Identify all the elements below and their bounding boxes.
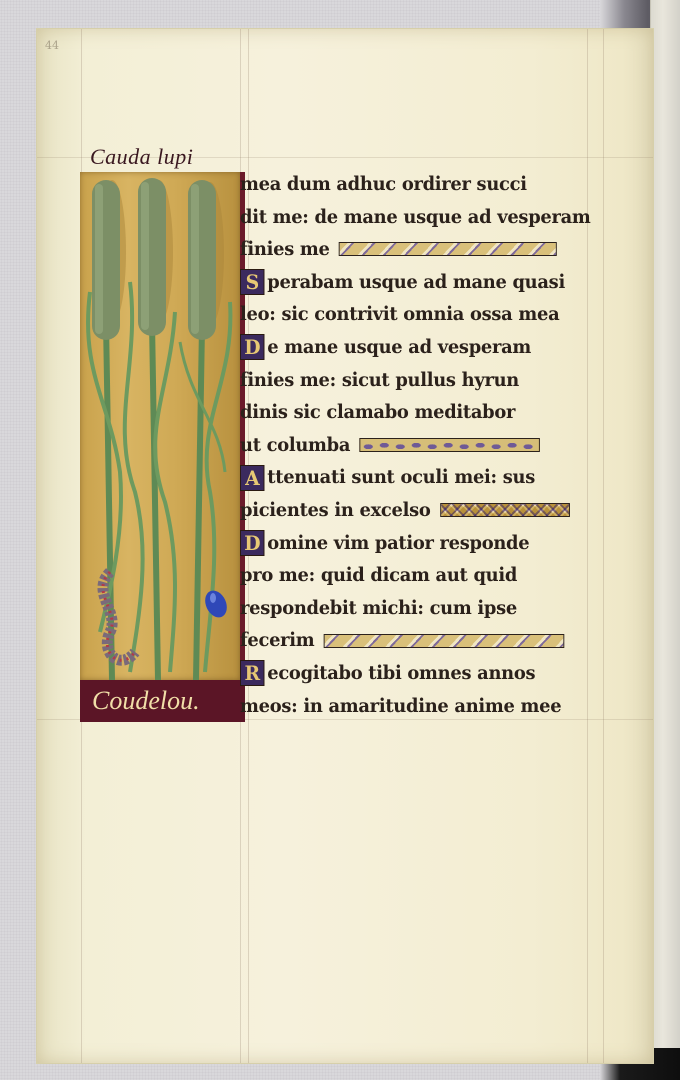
- text-line: pro me: quid dicam aut quid: [240, 559, 578, 592]
- text-column: mea dum adhuc ordirer succi dit me: de m…: [240, 168, 600, 722]
- line-text: picientes in excelso: [240, 494, 431, 527]
- decorated-initial: [240, 465, 264, 491]
- decorated-initial: [240, 269, 264, 295]
- line-text: respondebit michi: cum ipse: [240, 592, 517, 625]
- text-line: dit me: de mane usque ad vesperam: [240, 201, 578, 234]
- text-line: perabam usque ad mane quasi: [240, 266, 578, 299]
- botanical-miniature: [80, 172, 245, 680]
- line-text: leo: sic contrivit omnia ossa mea: [240, 298, 559, 331]
- text-line: leo: sic contrivit omnia ossa mea: [240, 298, 578, 331]
- line-text: fecerim: [240, 624, 314, 657]
- line-text: ecogitabo tibi omnes annos: [267, 657, 535, 690]
- line-filler-vine: [360, 438, 540, 452]
- text-line: ecogitabo tibi omnes annos: [240, 657, 578, 690]
- decorated-initial: [240, 334, 264, 360]
- line-text: omine vim patior responde: [267, 527, 529, 560]
- text-line: meos: in amaritudine anime mee: [240, 690, 578, 723]
- ruling-line: [603, 29, 604, 1063]
- line-filler-diamond: [440, 503, 570, 517]
- line-text: dit me: de mane usque ad vesperam: [240, 201, 591, 234]
- line-text: finies me: sicut pullus hyrun: [240, 364, 519, 397]
- line-text: e mane usque ad vesperam: [267, 331, 531, 364]
- text-line: finies me: sicut pullus hyrun: [240, 364, 578, 397]
- text-line: dinis sic clamabo meditabor: [240, 396, 578, 429]
- line-text: mea dum adhuc ordirer succi: [240, 168, 527, 201]
- line-text: pro me: quid dicam aut quid: [240, 559, 517, 592]
- line-filler-zigzag: [324, 634, 565, 648]
- facing-page-edge: [650, 0, 680, 1080]
- folio-number: 44: [45, 39, 59, 52]
- line-text: meos: in amaritudine anime mee: [240, 690, 561, 723]
- line-filler-zigzag: [339, 242, 557, 256]
- text-line: respondebit michi: cum ipse: [240, 592, 578, 625]
- text-line: fecerim: [240, 624, 578, 657]
- line-text: ut columba: [240, 429, 350, 462]
- line-text: finies me: [240, 233, 330, 266]
- text-line: mea dum adhuc ordirer succi: [240, 168, 578, 201]
- decorated-initial: [240, 660, 264, 686]
- text-line: e mane usque ad vesperam: [240, 331, 578, 364]
- plant-name-vernacular: Coudelou.: [80, 680, 245, 722]
- decorated-initial: [240, 530, 264, 556]
- text-line: omine vim patior responde: [240, 527, 578, 560]
- line-text: ttenuati sunt oculi mei: sus: [267, 461, 535, 494]
- text-line: ut columba: [240, 429, 578, 462]
- cattail-illustration: [80, 172, 240, 680]
- text-line: picientes in excelso: [240, 494, 578, 527]
- plant-name-latin: Cauda lupi: [90, 144, 193, 170]
- line-text: dinis sic clamabo meditabor: [240, 396, 515, 429]
- line-text: perabam usque ad mane quasi: [267, 266, 565, 299]
- text-line: ttenuati sunt oculi mei: sus: [240, 461, 578, 494]
- text-line: finies me: [240, 233, 578, 266]
